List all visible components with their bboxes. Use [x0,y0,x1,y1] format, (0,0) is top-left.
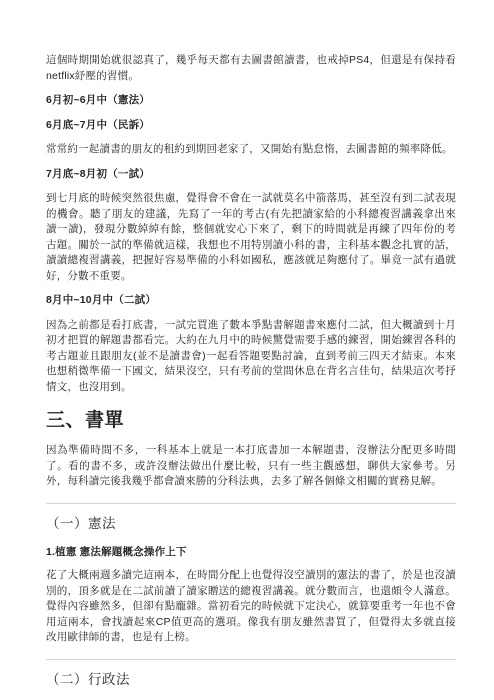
section-heading-admin-law: （二）行政法 [46,670,456,689]
booklist-intro-paragraph: 因為準備時間不多，一科基本上就是一本打底書加一本解題書，沒辦法分配更多時間了。看… [46,443,456,490]
timeline-heading-first-exam: 7月底~8月初（一試） [46,167,456,183]
timeline-heading-june-early: 6月初~6月中（憲法） [46,93,456,109]
section-heading-constitution: （一）憲法 [46,514,456,533]
timeline-paragraph-june-late: 常常約一起讀書的朋友的租約到期回老家了，又開始有點怠惰，去圖書館的頻率降低。 [46,142,456,158]
article-page: 這個時期開始就很認真了，幾乎每天都有去圖書館讀書，也戒掉PS4，但還是有保持看n… [0,0,494,700]
section-divider [46,659,456,660]
book-review-constitution: 花了大概兩週多讀完這兩本，在時間分配上也覺得沒空讀別的憲法的書了，於是也沒讀別的… [46,568,456,646]
timeline-paragraph-second-exam: 因為之前都是看打底書，一試完買進了數本爭點書解題書來應付二試，但大概讀到十月初才… [46,318,456,396]
booklist-title: 三、書單 [46,409,456,433]
section-divider [46,503,456,504]
timeline-paragraph-first-exam: 到七月底的時候突然很焦慮，覺得會不會在一試就莫名中箭落馬，甚至沒有到二試表現的機… [46,191,456,284]
timeline-heading-june-late: 6月底~7月中（民訴） [46,118,456,134]
book-title-constitution: 1.植憲 憲法解題概念操作上下 [46,545,456,561]
timeline-heading-second-exam: 8月中~10月中（二試） [46,293,456,309]
intro-paragraph: 這個時期開始就很認真了，幾乎每天都有去圖書館讀書，也戒掉PS4，但還是有保持看n… [46,53,456,84]
